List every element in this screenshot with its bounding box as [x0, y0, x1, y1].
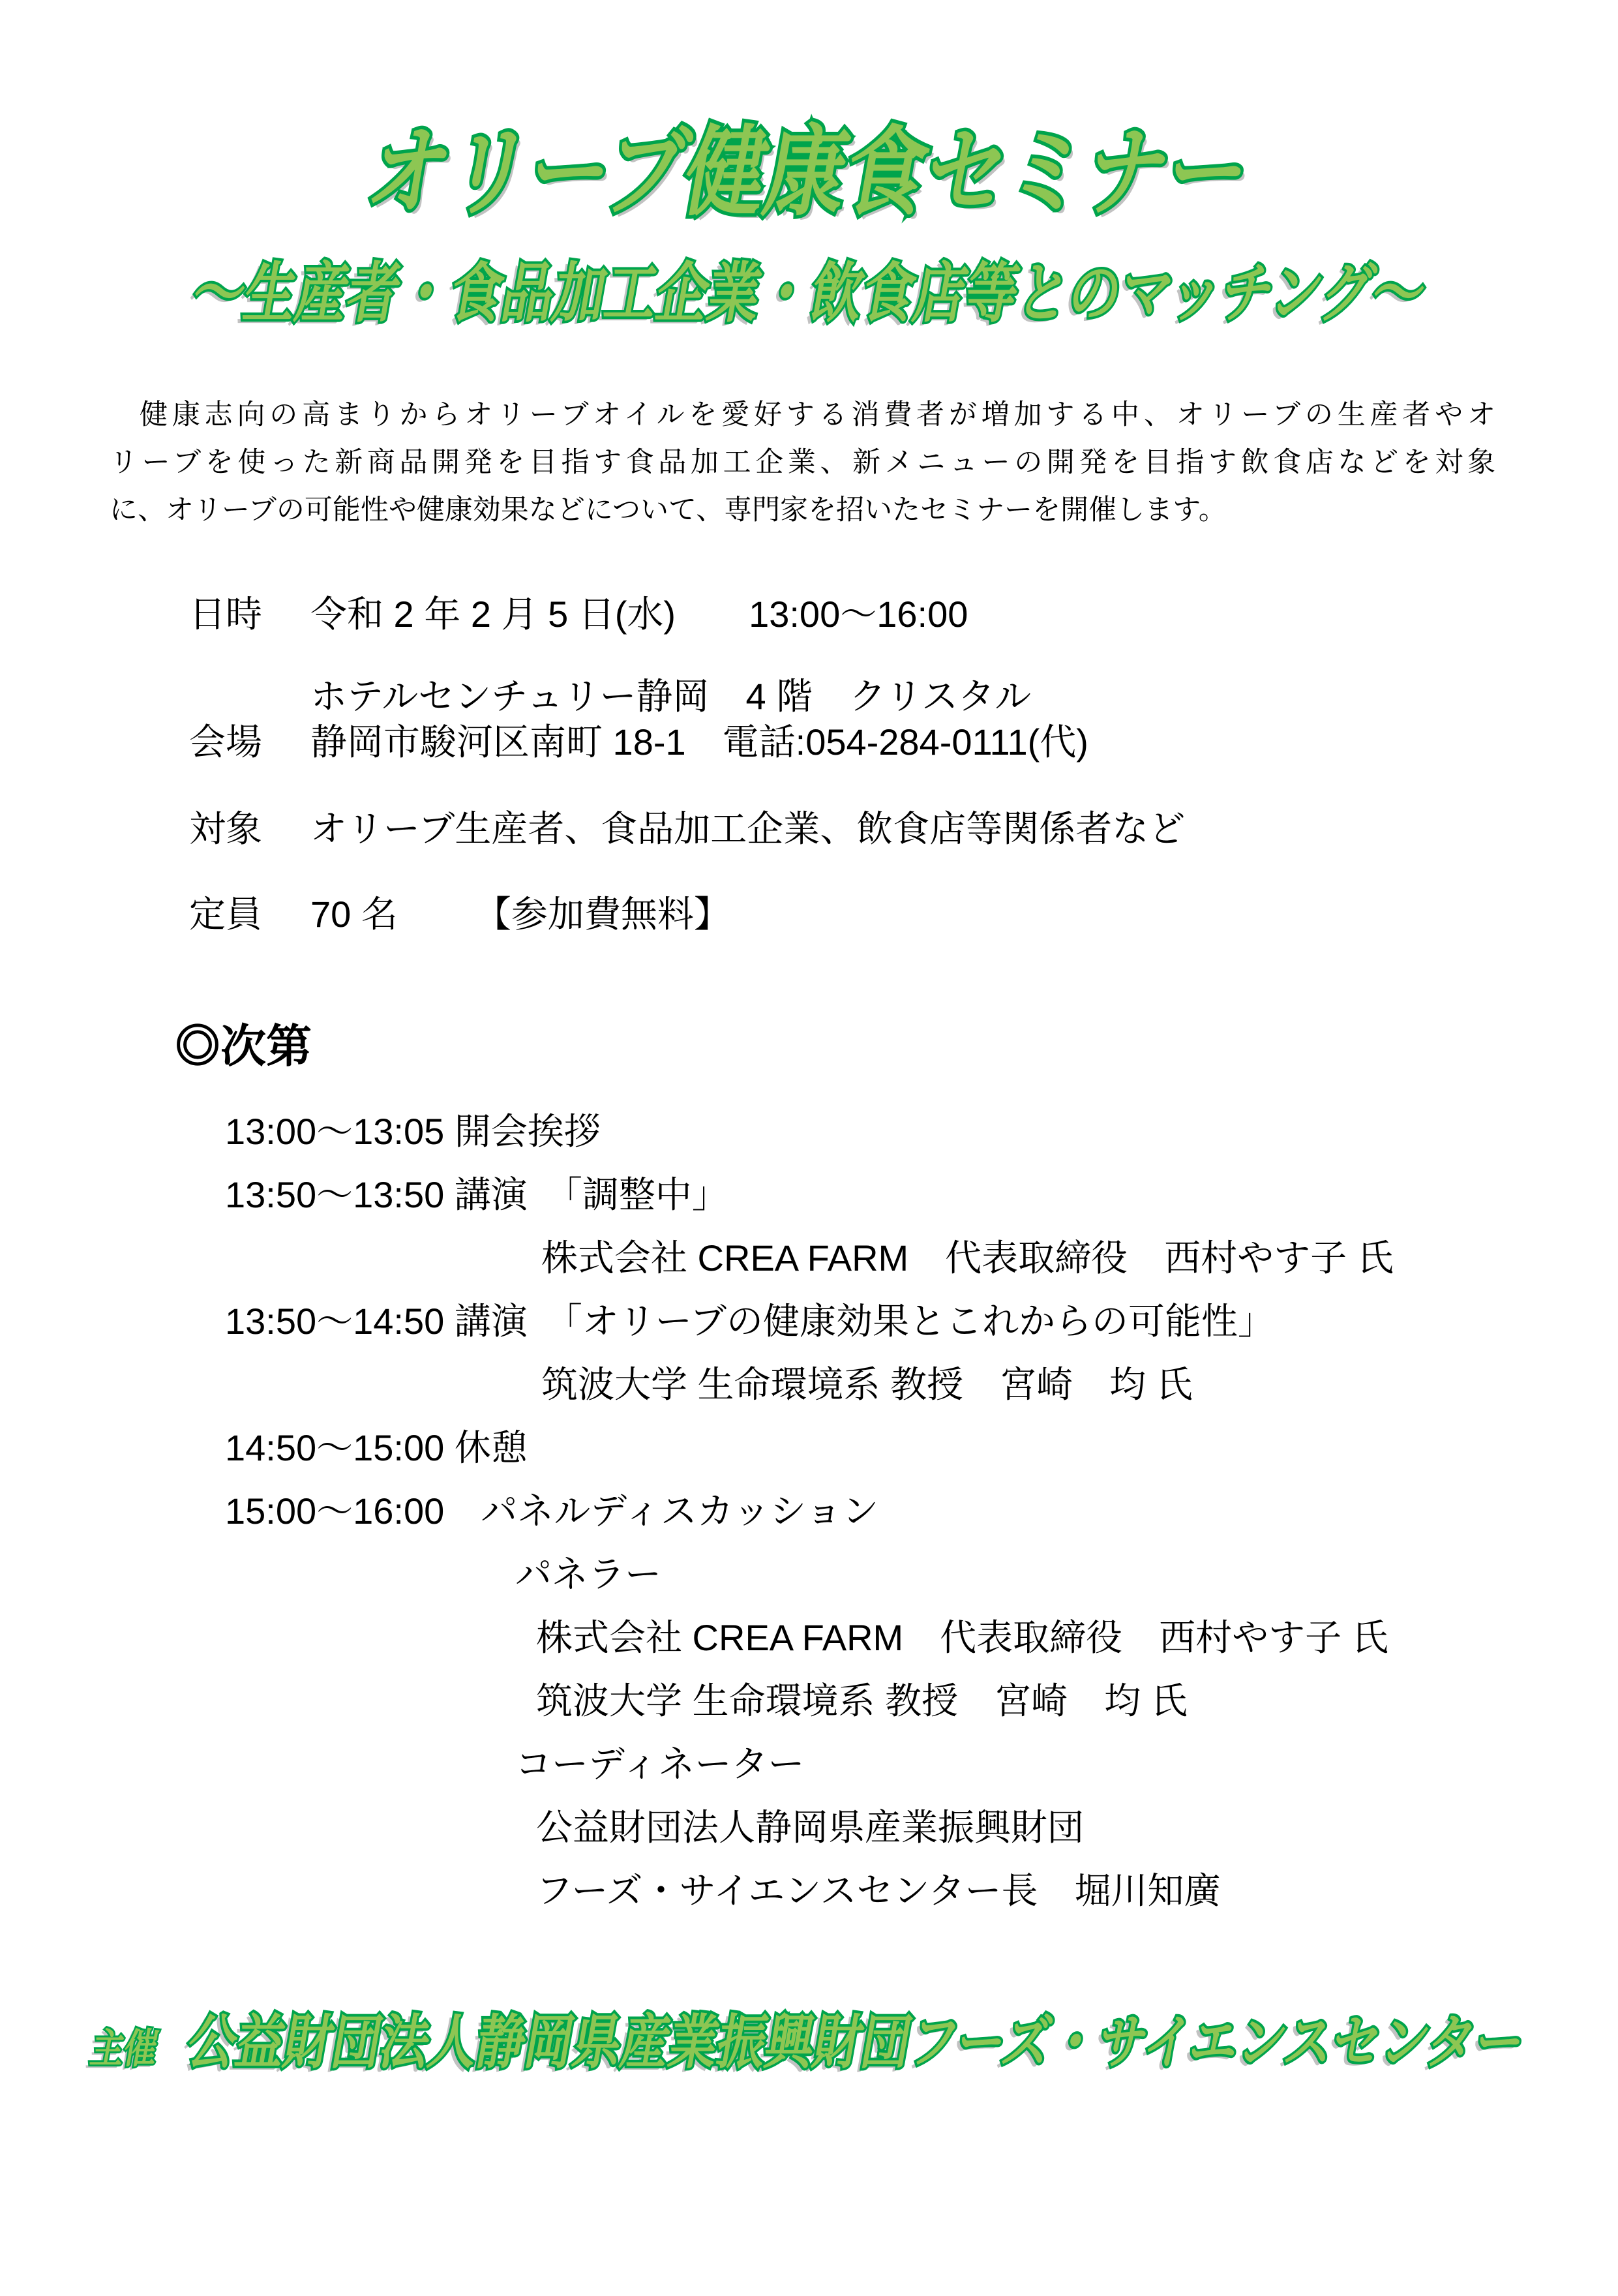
agenda-item-lecture1: 13:50～13:50 講演 「調整中」 — [0, 1163, 1618, 1226]
agenda-list: 13:00～13:05 開会挨拶 13:50～13:50 講演 「調整中」 株式… — [0, 1100, 1618, 1922]
venue-name-row: ホテルセンチュリー静岡 4 階 クリスタル — [310, 677, 1031, 716]
audience-row: 対象オリーブ生産者、食品加工企業、飲食店等関係者など — [189, 809, 1185, 849]
venue-label: 会場 — [189, 723, 310, 762]
capacity-value: 70 名 — [310, 894, 398, 935]
organizer-name: 公益財団法人静岡県産業振興財団フーズ・サイエンスセンター — [183, 2010, 1529, 2076]
agenda-coordinator-org: 公益財団法人静岡県産業振興財団 — [0, 1796, 1618, 1859]
venue-address: 静岡市駿河区南町 18-1 電話:054-284-0111(代) — [310, 721, 1088, 763]
venue-name: ホテルセンチュリー静岡 4 階 クリスタル — [310, 676, 1031, 717]
audience-label: 対象 — [189, 809, 310, 849]
seminar-flyer-page: オリーブ健康食セミナー オリーブ健康食セミナー ～生産者・食品加工企業・飲食店等… — [0, 0, 1618, 2296]
page-subtitle: ～生産者・食品加工企業・飲食店等とのマッチング～ — [187, 257, 1431, 330]
capacity-row: 定員70 名【参加費無料】 — [189, 895, 730, 934]
agenda-item-opening: 13:00～13:05 開会挨拶 — [0, 1100, 1618, 1163]
agenda-speaker-lecture2: 筑波大学 生命環境系 教授 宮崎 均 氏 — [0, 1353, 1618, 1416]
audience-value: オリーブ生産者、食品加工企業、飲食店等関係者など — [310, 808, 1185, 849]
datetime-row: 日時令和 2 年 2 月 5 日(水) 13:00～16:00 — [189, 595, 968, 634]
intro-line: 健康志向の高まりからオリーブオイルを愛好する消費者が増加する中、オリーブの生産者… — [110, 391, 1495, 439]
agenda-item-break: 14:50～15:00 休憩 — [0, 1416, 1618, 1479]
agenda-panelist-2: 筑波大学 生命環境系 教授 宮崎 均 氏 — [0, 1669, 1618, 1732]
datetime-label: 日時 — [189, 595, 310, 634]
capacity-label: 定員 — [189, 895, 310, 934]
agenda-panelist-1: 株式会社 CREA FARM 代表取締役 西村やす子 氏 — [0, 1606, 1618, 1669]
agenda-panelists-label: パネラー — [0, 1543, 1618, 1606]
agenda-heading: ◎次第 — [175, 1010, 312, 1076]
agenda-item-lecture2: 13:50～14:50 講演 「オリーブの健康効果とこれからの可能性」 — [0, 1290, 1618, 1353]
intro-line: リーブを使った新商品開発を目指す食品加工企業、新メニューの開発を目指す飲食店など… — [110, 439, 1495, 487]
organizer-footer: 主催 主催 公益財団法人静岡県産業振興財団フーズ・サイエンスセンター 公益財団法… — [138, 1995, 1480, 2079]
page-subtitle-block: ～生産者・食品加工企業・飲食店等とのマッチング～ ～生産者・食品加工企業・飲食店… — [0, 256, 1618, 331]
fee-note: 【参加費無料】 — [475, 894, 730, 935]
venue-address-row: 会場静岡市駿河区南町 18-1 電話:054-284-0111(代) — [189, 723, 1088, 762]
intro-line: に、オリーブの可能性や健康効果などについて、専門家を招いたセミナーを開催します。 — [110, 487, 1495, 534]
intro-paragraph: 健康志向の高まりからオリーブオイルを愛好する消費者が増加する中、オリーブの生産者… — [110, 391, 1495, 534]
datetime-value: 令和 2 年 2 月 5 日(水) 13:00～16:00 — [310, 594, 968, 635]
agenda-coordinator-label: コーディネーター — [0, 1732, 1618, 1796]
agenda-item-panel: 15:00～16:00 パネルディスカッション — [0, 1479, 1618, 1543]
agenda-speaker-lecture1: 株式会社 CREA FARM 代表取締役 西村やす子 氏 — [0, 1226, 1618, 1290]
page-title-block: オリーブ健康食セミナー オリーブ健康食セミナー — [0, 116, 1618, 229]
agenda-coordinator-name: フーズ・サイエンスセンター長 堀川知廣 — [0, 1859, 1618, 1922]
organizer-label: 主催 — [87, 2027, 162, 2072]
page-title: オリーブ健康食セミナー — [360, 117, 1257, 227]
